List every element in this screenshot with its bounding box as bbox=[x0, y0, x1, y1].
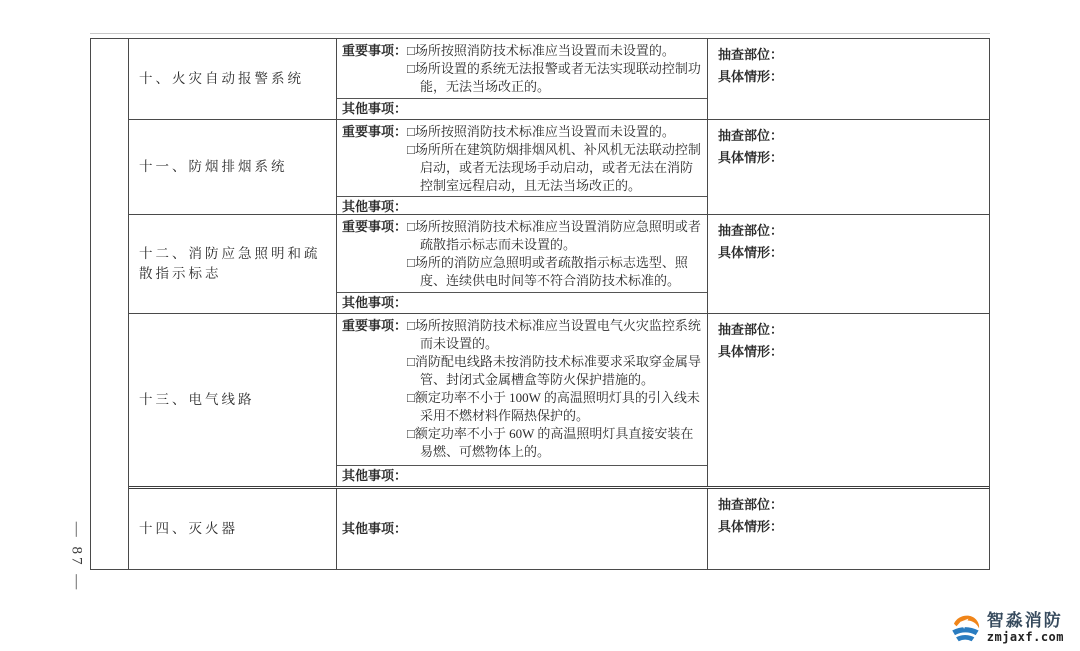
detail-label: 具体情形： bbox=[718, 242, 981, 264]
inspection-fields-cell: 抽查部位： 具体情形： bbox=[708, 39, 989, 119]
important-items-list: □场所按照消防技术标准应当设置而未设置的。 □场所设置的系统无法报警或者无法实现… bbox=[407, 42, 703, 96]
checkbox-item: □额定功率不小于 100W 的高温照明灯具的引入线未采用不燃材料作隔热保护的。 bbox=[407, 389, 703, 425]
item-content-cell: 重要事项： □场所按照消防技术标准应当设置消防应急照明或者疏散指示标志而未设置的… bbox=[337, 215, 708, 313]
spot-check-label: 抽查部位： bbox=[718, 44, 981, 66]
other-items-label: 其他事项： bbox=[337, 99, 707, 119]
item-content-cell: 重要事项： □场所按照消防技术标准应当设置电气火灾监控系统而未设置的。 □消防配… bbox=[337, 314, 708, 486]
inspection-fields-cell: 抽查部位： 具体情形： bbox=[708, 489, 989, 569]
checkbox-item: □场所的消防应急照明或者疏散指示标志选型、照度、连续供电时间等不符合消防技术标准… bbox=[407, 254, 703, 290]
inspection-fields-cell: 抽查部位： 具体情形： bbox=[708, 215, 989, 313]
checkbox-item: □消防配电线路未按消防技术标准要求采取穿金属导管、封闭式金属槽盒等防火保护措施的… bbox=[407, 353, 703, 389]
brand-name: 智淼消防 bbox=[987, 612, 1064, 630]
important-items-label: 重要事项： bbox=[342, 123, 407, 141]
table-row: 十四、灭火器 其他事项： 抽查部位： 具体情形： bbox=[129, 486, 989, 569]
important-items-section: 重要事项： □场所按照消防技术标准应当设置电气火灾监控系统而未设置的。 □消防配… bbox=[337, 314, 707, 466]
important-items-section: 重要事项： □场所按照消防技术标准应当设置而未设置的。 □场所设置的系统无法报警… bbox=[337, 39, 707, 99]
fire-inspection-table: 十、火灾自动报警系统 重要事项： □场所按照消防技术标准应当设置而未设置的。 □… bbox=[90, 38, 990, 570]
table-row: 十三、电气线路 重要事项： □场所按照消防技术标准应当设置电气火灾监控系统而未设… bbox=[129, 314, 989, 486]
other-items-label: 其他事项： bbox=[337, 466, 707, 486]
table-row: 十、火灾自动报警系统 重要事项： □场所按照消防技术标准应当设置而未设置的。 □… bbox=[129, 39, 989, 120]
brand-domain: zmjaxf.com bbox=[987, 630, 1064, 644]
table-rows: 十、火灾自动报警系统 重要事项： □场所按照消防技术标准应当设置而未设置的。 □… bbox=[129, 39, 989, 569]
table-row: 十一、防烟排烟系统 重要事项： □场所按照消防技术标准应当设置而未设置的。 □场… bbox=[129, 120, 989, 215]
checkbox-item: □场所按照消防技术标准应当设置消防应急照明或者疏散指示标志而未设置的。 bbox=[407, 218, 703, 254]
item-name: 十二、消防应急照明和疏散指示标志 bbox=[129, 215, 337, 313]
inspection-fields-cell: 抽查部位： 具体情形： bbox=[708, 120, 989, 214]
important-items-section: 重要事项： □场所按照消防技术标准应当设置而未设置的。 □场所所在建筑防烟排烟风… bbox=[337, 120, 707, 197]
important-items-list: □场所按照消防技术标准应当设置消防应急照明或者疏散指示标志而未设置的。 □场所的… bbox=[407, 218, 703, 290]
checkbox-item: □场所按照消防技术标准应当设置电气火灾监控系统而未设置的。 bbox=[407, 317, 703, 353]
item-name: 十三、电气线路 bbox=[129, 314, 337, 486]
spot-check-label: 抽查部位： bbox=[718, 220, 981, 242]
important-items-label: 重要事项： bbox=[342, 317, 407, 335]
spot-check-label: 抽查部位： bbox=[718, 125, 981, 147]
table-row: 十二、消防应急照明和疏散指示标志 重要事项： □场所按照消防技术标准应当设置消防… bbox=[129, 215, 989, 314]
sequence-column bbox=[91, 39, 129, 569]
important-items-label: 重要事项： bbox=[342, 218, 407, 236]
other-items-label: 其他事项： bbox=[337, 197, 707, 217]
detail-label: 具体情形： bbox=[718, 66, 981, 88]
item-name: 十四、灭火器 bbox=[129, 489, 337, 569]
checkbox-item: □场所按照消防技术标准应当设置而未设置的。 bbox=[407, 123, 703, 141]
brand-logo-icon bbox=[948, 611, 982, 645]
scanned-document-page: — 87 — 十、火灾自动报警系统 重要事项： □场所按照消防技术标准应当设置而… bbox=[0, 0, 1080, 651]
checkbox-item: □场所设置的系统无法报警或者无法实现联动控制功能，无法当场改正的。 bbox=[407, 60, 703, 96]
important-items-label: 重要事项： bbox=[342, 42, 407, 60]
checkbox-item: □额定功率不小于 60W 的高温照明灯具直接安装在易燃、可燃物体上的。 bbox=[407, 425, 703, 461]
checkbox-item: □场所所在建筑防烟排烟风机、补风机无法联动控制启动，或者无法现场手动启动，或者无… bbox=[407, 141, 703, 195]
important-items-list: □场所按照消防技术标准应当设置而未设置的。 □场所所在建筑防烟排烟风机、补风机无… bbox=[407, 123, 703, 195]
item-content-cell: 重要事项： □场所按照消防技术标准应当设置而未设置的。 □场所设置的系统无法报警… bbox=[337, 39, 708, 119]
item-name: 十、火灾自动报警系统 bbox=[129, 39, 337, 119]
spot-check-label: 抽查部位： bbox=[718, 319, 981, 341]
important-items-list: □场所按照消防技术标准应当设置电气火灾监控系统而未设置的。 □消防配电线路未按消… bbox=[407, 317, 703, 461]
checkbox-item: □场所按照消防技术标准应当设置而未设置的。 bbox=[407, 42, 703, 60]
other-items-label: 其他事项： bbox=[337, 293, 707, 313]
item-content-cell: 其他事项： bbox=[337, 489, 708, 569]
important-items-section: 重要事项： □场所按照消防技术标准应当设置消防应急照明或者疏散指示标志而未设置的… bbox=[337, 215, 707, 293]
other-items-label: 其他事项： bbox=[337, 520, 707, 539]
brand-watermark: 智淼消防 zmjaxf.com bbox=[948, 611, 1064, 645]
brand-text: 智淼消防 zmjaxf.com bbox=[987, 612, 1064, 644]
inspection-fields-cell: 抽查部位： 具体情形： bbox=[708, 314, 989, 486]
detail-label: 具体情形： bbox=[718, 341, 981, 363]
spot-check-label: 抽查部位： bbox=[718, 494, 981, 516]
page-number: — 87 — bbox=[68, 522, 85, 593]
item-content-cell: 重要事项： □场所按照消防技术标准应当设置而未设置的。 □场所所在建筑防烟排烟风… bbox=[337, 120, 708, 214]
detail-label: 具体情形： bbox=[718, 516, 981, 538]
detail-label: 具体情形： bbox=[718, 147, 981, 169]
item-name: 十一、防烟排烟系统 bbox=[129, 120, 337, 214]
